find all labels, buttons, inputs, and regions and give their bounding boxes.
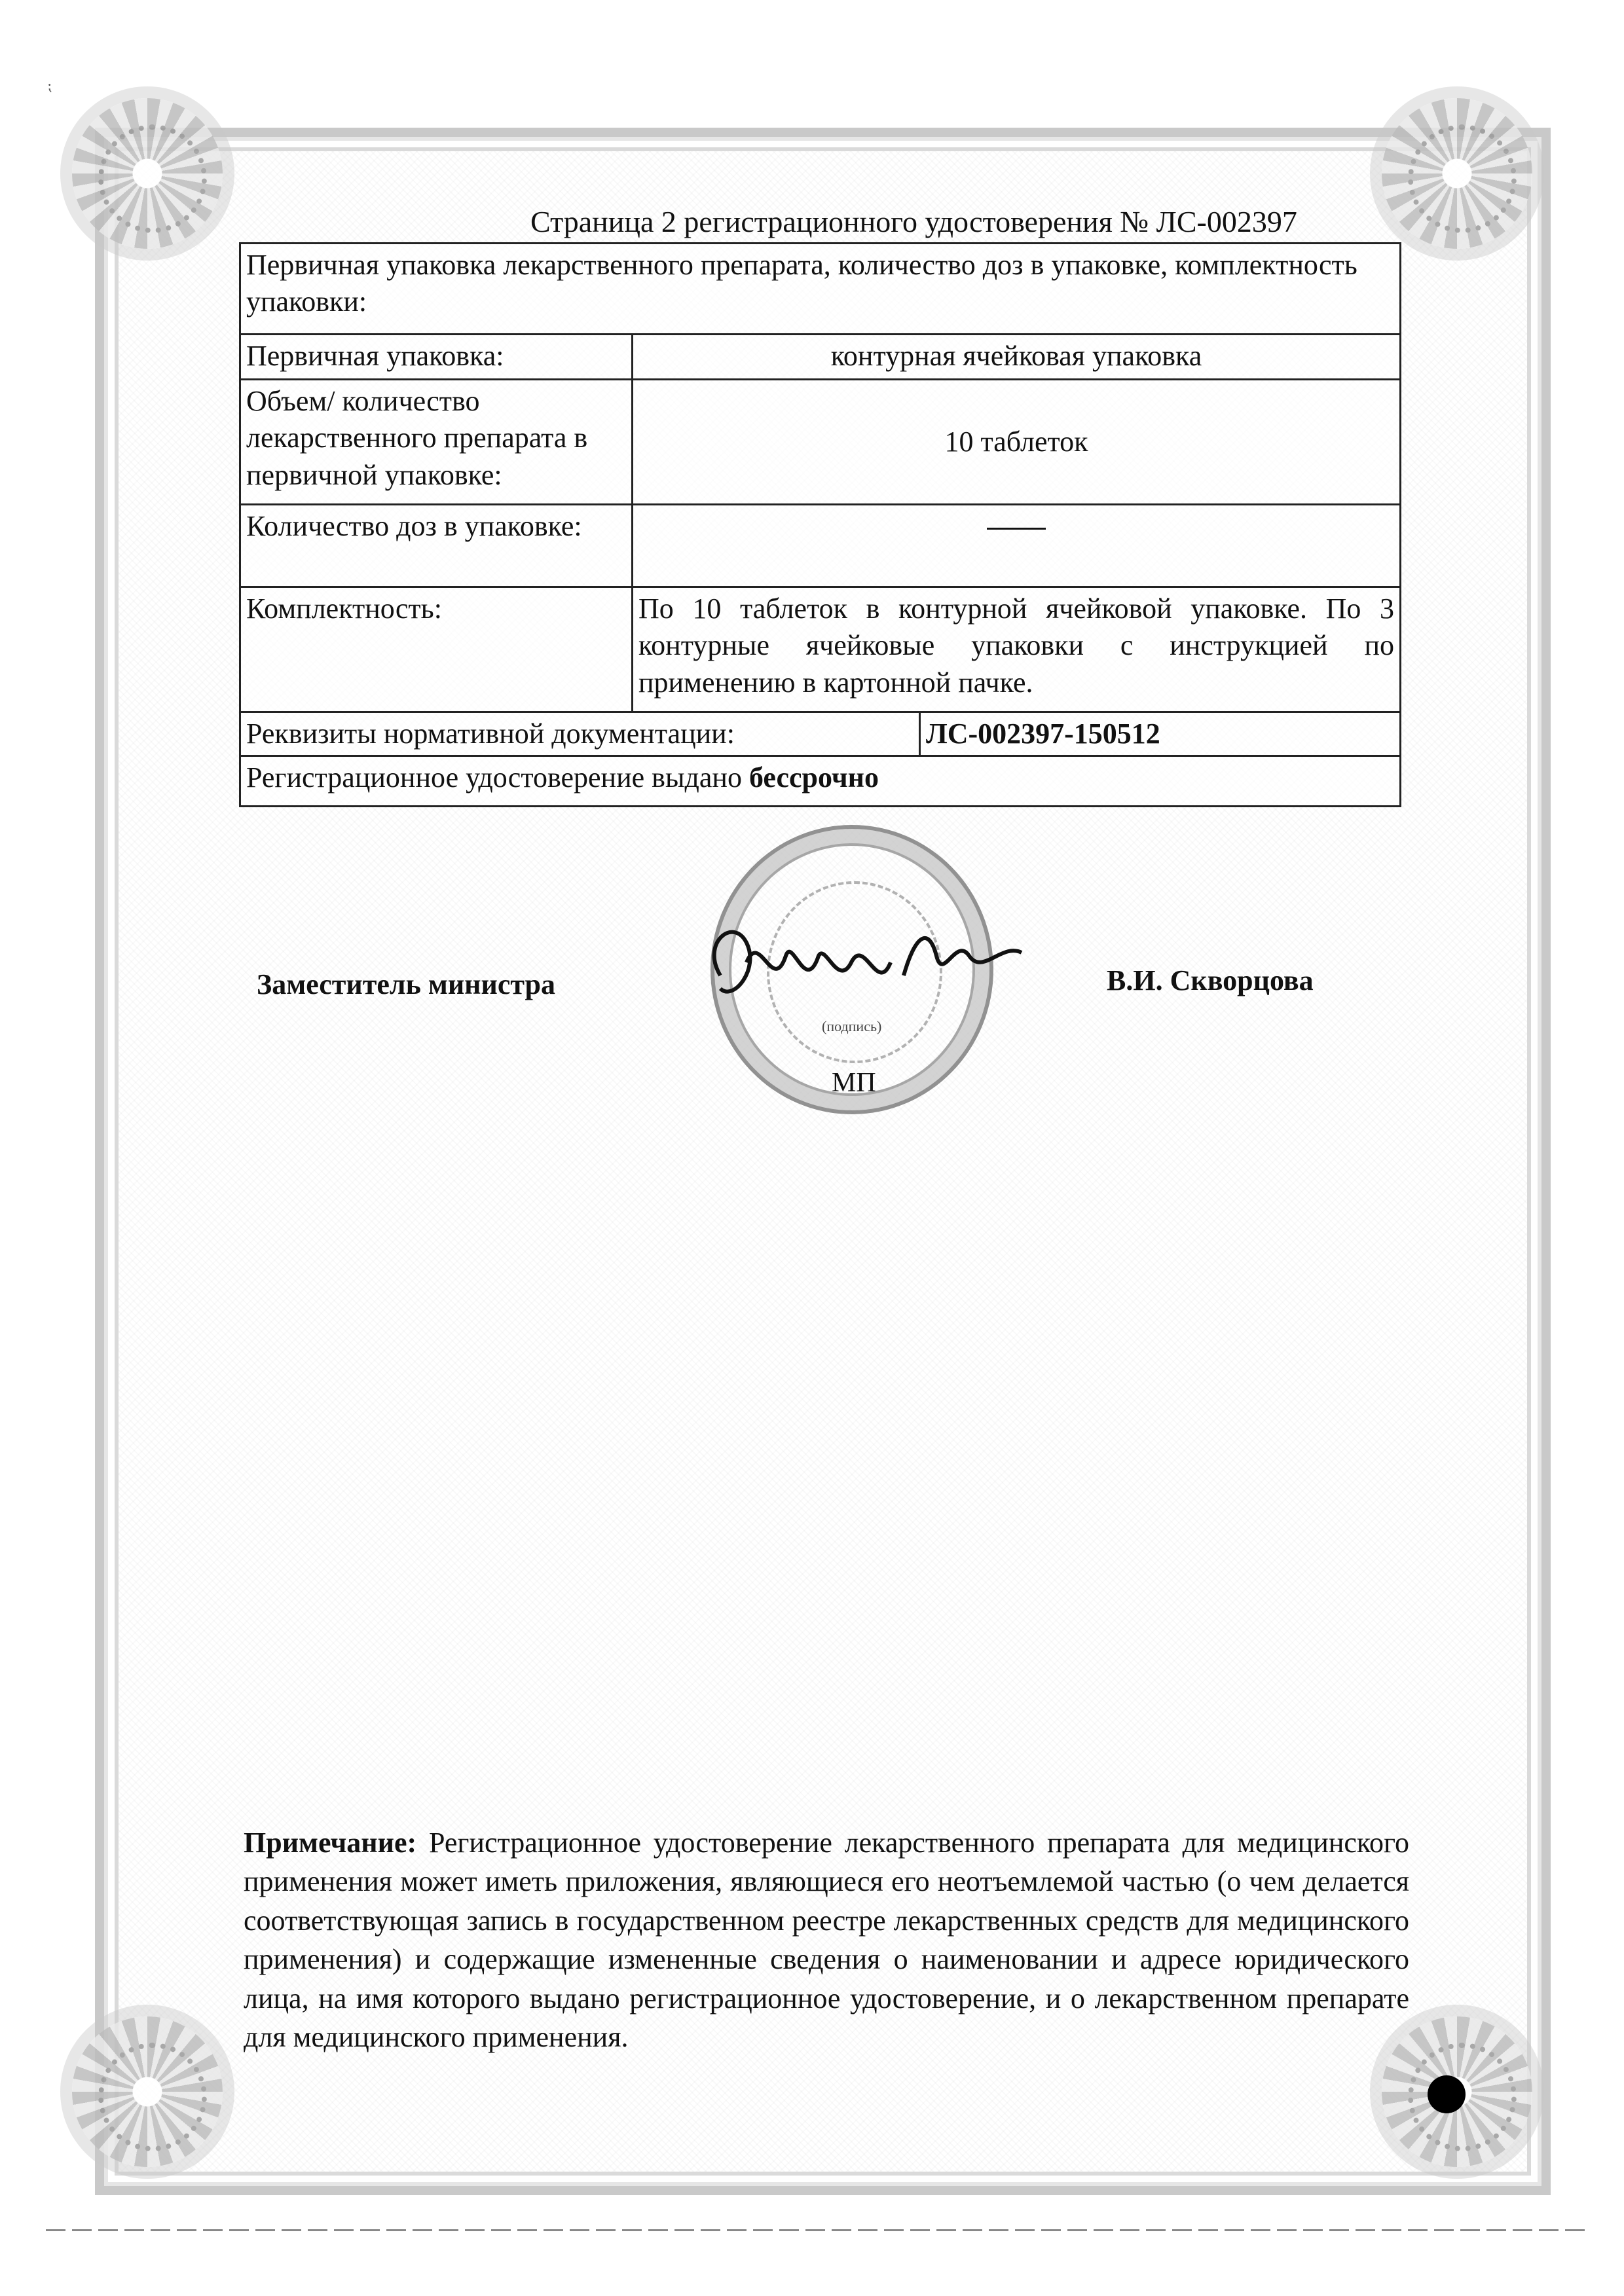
row-value-empty	[633, 505, 1401, 587]
table-header-cell: Первичная упаковка лекарственного препар…	[240, 244, 1401, 335]
dash-line	[987, 528, 1046, 530]
table-header-row: Первичная упаковка лекарственного препар…	[240, 244, 1401, 335]
row-label: Комплектность:	[240, 587, 633, 712]
handwritten-signature	[694, 917, 1035, 1008]
stamp-label: МП	[832, 1067, 876, 1099]
table-row-validity: Регистрационное удостоверение выдано бес…	[240, 756, 1401, 807]
signature-caption: (подпись)	[822, 1018, 881, 1035]
validity-prefix: Регистрационное удостоверение выдано	[246, 761, 742, 793]
row-value: контурная ячейковая упаковка	[633, 335, 1401, 380]
note-text: Регистрационное удостоверение лекарствен…	[244, 1827, 1409, 2053]
rosette-ornament-icon	[72, 98, 223, 249]
table-row: Первичная упаковка: контурная ячейковая …	[240, 335, 1401, 380]
note-label: Примечание:	[244, 1827, 416, 1859]
normative-value: ЛС-002397-150512	[919, 712, 1400, 756]
rosette-ornament-icon	[72, 2016, 223, 2167]
signatory-position: Заместитель министра	[257, 968, 555, 1001]
normative-label: Реквизиты нормативной документации:	[240, 712, 920, 756]
row-value: 10 таблеток	[633, 380, 1401, 505]
rosette-ornament-icon	[1382, 98, 1532, 249]
page-title: Страница 2 регистрационного удостоверени…	[530, 204, 1297, 239]
note-paragraph: Примечание: Регистрационное удостоверени…	[244, 1823, 1409, 2056]
row-value: По 10 таблеток в контурной ячейковой упа…	[633, 587, 1401, 712]
registration-details-table: Первичная упаковка лекарственного препар…	[239, 242, 1401, 807]
table-row: Объем/ количество лекарственного препара…	[240, 380, 1401, 505]
row-label: Объем/ количество лекарственного препара…	[240, 380, 633, 505]
scan-edge-line	[46, 2229, 1591, 2231]
row-label: Первичная упаковка:	[240, 335, 633, 380]
table-row-normative: Реквизиты нормативной документации: ЛС-0…	[240, 712, 1401, 756]
validity-cell: Регистрационное удостоверение выдано бес…	[240, 756, 1401, 807]
black-dot-mark-icon	[1428, 2075, 1466, 2113]
validity-value: бессрочно	[749, 761, 879, 793]
scan-artifact: ⁏	[47, 77, 52, 94]
table-row: Комплектность: По 10 таблеток в контурно…	[240, 587, 1401, 712]
signatory-name: В.И. Скворцова	[1107, 964, 1314, 997]
row-label: Количество доз в упаковке:	[240, 505, 633, 587]
table-row: Количество доз в упаковке:	[240, 505, 1401, 587]
